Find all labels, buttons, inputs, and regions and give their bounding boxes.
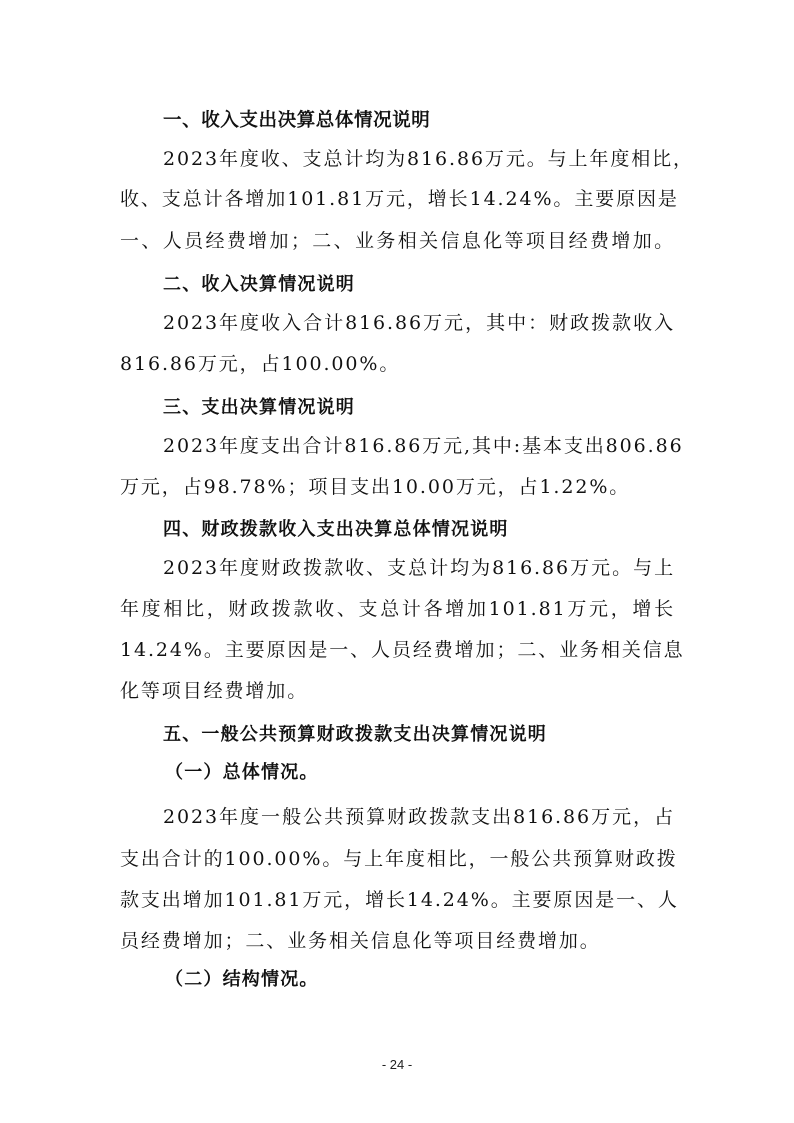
section-5-1-line-4: 员经费增加；二、业务相关信息化等项目经费增加。 xyxy=(120,929,675,953)
section-heading-3: 三、支出决算情况说明 xyxy=(163,396,718,420)
page-number: - 24 - xyxy=(0,1057,794,1072)
section-4-line-3: 14.24%。主要原因是一、人员经费增加；二、业务相关信息 xyxy=(120,638,675,662)
section-heading-1: 一、收入支出决算总体情况说明 xyxy=(163,109,718,133)
document-page: 一、收入支出决算总体情况说明 2023年度收、支总计均为816.86万元。与上年… xyxy=(0,0,794,1123)
section-5-1-line-1: 2023年度一般公共预算财政拨款支出816.86万元，占 xyxy=(163,805,675,829)
section-1-line-2: 收、支总计各增加101.81万元，增长14.24%。主要原因是 xyxy=(120,187,675,211)
section-4-line-4: 化等项目经费增加。 xyxy=(120,679,675,703)
section-3-line-1: 2023年度支出合计816.86万元,其中:基本支出806.86 xyxy=(163,434,675,458)
section-2-line-1: 2023年度收入合计816.86万元，其中：财政拨款收入 xyxy=(163,311,675,335)
section-heading-2: 二、收入决算情况说明 xyxy=(163,273,718,297)
section-heading-5: 五、一般公共预算财政拨款支出决算情况说明 xyxy=(163,723,718,747)
section-1-line-1: 2023年度收、支总计均为816.86万元。与上年度相比， xyxy=(163,147,675,171)
section-1-line-3: 一、人员经费增加；二、业务相关信息化等项目经费增加。 xyxy=(120,229,675,253)
section-5-1-line-3: 款支出增加101.81万元，增长14.24%。主要原因是一、人 xyxy=(120,888,675,912)
section-4-line-2: 年度相比，财政拨款收、支总计各增加101.81万元，增长 xyxy=(120,597,675,621)
subsection-heading-5-2: （二）结构情况。 xyxy=(165,968,720,992)
section-3-line-2: 万元，占98.78%；项目支出10.00万元，占1.22%。 xyxy=(120,475,675,499)
subsection-heading-5-1: （一）总体情况。 xyxy=(165,761,720,785)
section-2-line-2: 816.86万元，占100.00%。 xyxy=(120,352,675,376)
section-4-line-1: 2023年度财政拨款收、支总计均为816.86万元。与上 xyxy=(163,556,675,580)
section-5-1-line-2: 支出合计的100.00%。与上年度相比，一般公共预算财政拨 xyxy=(120,847,675,871)
section-heading-4: 四、财政拨款收入支出决算总体情况说明 xyxy=(163,518,718,542)
